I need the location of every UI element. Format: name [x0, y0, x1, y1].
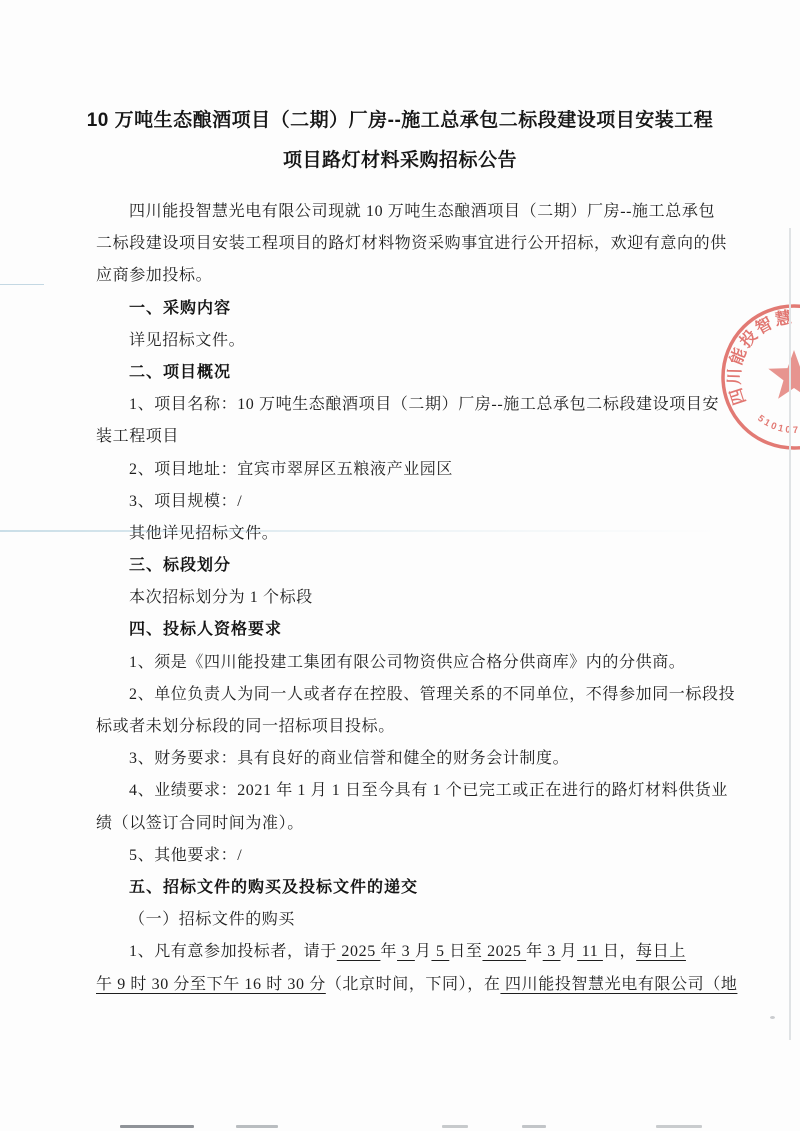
plain-text: 月 [561, 943, 578, 960]
intro-paragraph-line: 四川能投智慧光电有限公司现就 10 万吨生态酿酒项目（二期）厂房--施工总承包 [96, 196, 736, 228]
section-4-heading: 四、投标人资格要求 [96, 614, 736, 646]
purchase-schedule-line: 午 9 时 30 分至下午 16 时 30 分（北京时间，下同），在 四川能投智… [96, 969, 736, 1001]
scan-bottom-smudge [236, 1125, 278, 1128]
scan-bottom-smudge [522, 1125, 546, 1128]
section-4-content-line: 5、其他要求：/ [96, 840, 736, 872]
title-line-2: 项目路灯材料采购招标公告 [0, 141, 800, 181]
section-4-content-line: 2、单位负责人为同一人或者存在控股、管理关系的不同单位，不得参加同一标段投 [96, 679, 736, 711]
title-line-1: 10 万吨生态酿酒项目（二期）厂房--施工总承包二标段建设项目安装工程 [0, 101, 800, 141]
plain-text: 日， [603, 943, 636, 960]
section-3-content-line: 本次招标划分为 1 个标段 [96, 582, 736, 614]
section-2-content-line: 2、项目地址：宜宾市翠屏区五粮液产业园区 [96, 454, 736, 486]
plain-text: （北京时间，下同），在 [326, 976, 501, 993]
section-5-heading: 五、招标文件的购买及投标文件的递交 [96, 872, 736, 904]
section-2-content-line: 1、项目名称：10 万吨生态酿酒项目（二期）厂房--施工总承包二标段建设项目安 [96, 389, 736, 421]
section-1-content-line: 详见招标文件。 [96, 325, 736, 357]
section-2-heading: 二、项目概况 [96, 357, 736, 389]
plain-text: 1、凡有意参加投标者，请于 [129, 943, 337, 960]
seal-star-icon [768, 350, 800, 399]
section-1-heading: 一、采购内容 [96, 293, 736, 325]
underlined-value: 5 [431, 943, 449, 960]
section-4-content-line: 1、须是《四川能投建工集团有限公司物资供应合格分供商库》内的分供商。 [96, 647, 736, 679]
section-4-content-line: 4、业绩要求：2021 年 1 月 1 日至今具有 1 个已完工或正在进行的路灯… [96, 775, 736, 807]
section-4-content-line: 绩（以签订合同时间为准）。 [96, 808, 736, 840]
document-body: 四川能投智慧光电有限公司现就 10 万吨生态酿酒项目（二期）厂房--施工总承包 … [96, 196, 736, 1001]
svg-text:5101078: 5101078 [755, 413, 800, 436]
document-title: 10 万吨生态酿酒项目（二期）厂房--施工总承包二标段建设项目安装工程 项目路灯… [0, 101, 800, 181]
section-2-content-line: 装工程项目 [96, 421, 736, 453]
scan-artifact [770, 1016, 775, 1019]
section-4-content-line: 标或者未划分标段的同一招标项目投标。 [96, 711, 736, 743]
plain-text: 月 [415, 943, 432, 960]
scan-bottom-smudge [656, 1125, 702, 1128]
plain-text: 年 [526, 943, 543, 960]
underlined-value: 3 [397, 943, 415, 960]
underlined-value: 2025 [482, 943, 526, 960]
intro-paragraph-line: 二标段建设项目安装工程项目的路灯材料物资采购事宜进行公开招标，欢迎有意向的供 [96, 228, 736, 260]
purchase-schedule-line: 1、凡有意参加投标者，请于 2025 年 3 月 5 日至 2025 年 3 月… [96, 936, 736, 968]
plain-text: 年 [380, 943, 397, 960]
section-2-content-line: 3、项目规模：/ [96, 486, 736, 518]
section-3-heading: 三、标段划分 [96, 550, 736, 582]
section-5-content-line: （一）招标文件的购买 [96, 904, 736, 936]
underlined-value: 3 [543, 943, 561, 960]
underlined-value: 每日上 [636, 943, 686, 960]
section-4-content-line: 3、财务要求：具有良好的商业信誉和健全的财务会计制度。 [96, 743, 736, 775]
scan-streak-artifact [0, 284, 44, 285]
seal-serial-number: 5101078 [755, 413, 800, 436]
underlined-value: 11 [577, 943, 603, 960]
underlined-value: 午 9 时 30 分至下午 16 时 30 分 [96, 976, 326, 993]
scanned-document-page: 10 万吨生态酿酒项目（二期）厂房--施工总承包二标段建设项目安装工程 项目路灯… [0, 0, 800, 1131]
underlined-value: 四川能投智慧光电有限公司（地 [500, 976, 737, 993]
scan-bottom-smudge [442, 1125, 468, 1128]
company-seal: 四川能投智慧 5101078 [706, 289, 800, 465]
scan-bottom-smudge [120, 1125, 194, 1128]
underlined-value: 2025 [337, 943, 381, 960]
scan-streak-artifact [0, 530, 800, 532]
scan-edge-artifact [789, 228, 791, 1040]
section-2-content-line: 其他详见招标文件。 [96, 518, 736, 550]
plain-text: 日至 [449, 943, 482, 960]
intro-paragraph-line: 应商参加投标。 [96, 260, 736, 292]
